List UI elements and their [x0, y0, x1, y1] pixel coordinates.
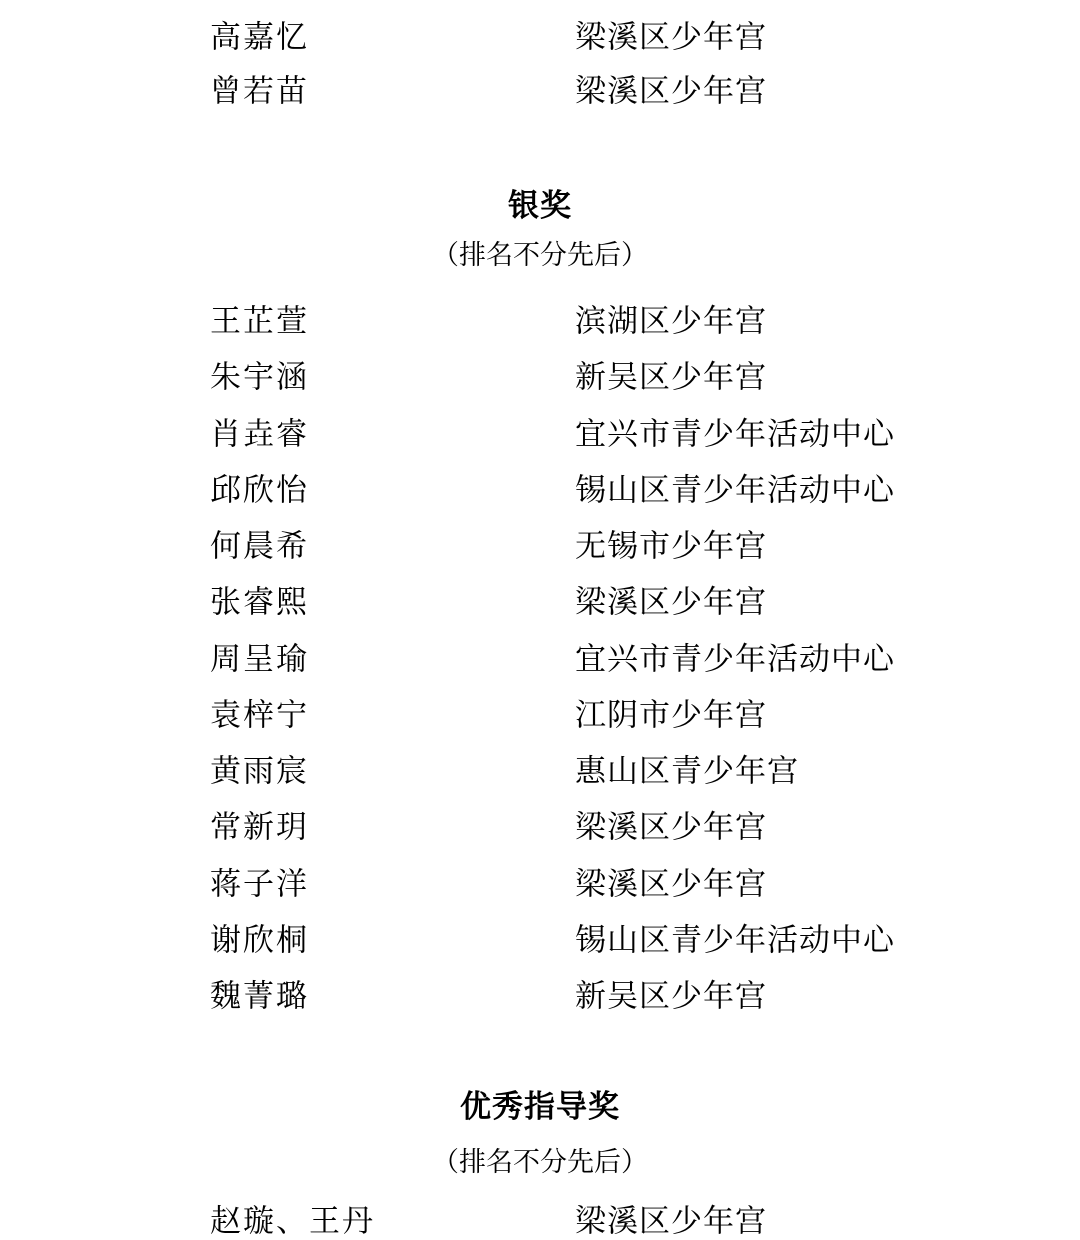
- awardee-org: 惠山区青少年宫: [575, 746, 799, 791]
- table-row: 魏菁璐 新吴区少年宫: [0, 965, 1080, 1021]
- awardee-name: 王芷萱: [210, 296, 309, 341]
- awardee-name: 常新玥: [210, 802, 309, 847]
- awardee-name: 邱欣怡: [210, 464, 309, 509]
- awardee-org: 梁溪区少年宫: [575, 11, 767, 56]
- table-row: 王芷萱 滨湖区少年宫: [0, 290, 1080, 346]
- awardee-org: 新吴区少年宫: [575, 971, 767, 1016]
- awardee-org: 滨湖区少年宫: [575, 296, 767, 341]
- table-row: 邱欣怡 锡山区青少年活动中心: [0, 459, 1080, 515]
- table-row: 周呈瑜 宜兴市青少年活动中心: [0, 628, 1080, 684]
- awardee-org: 宜兴市青少年活动中心: [575, 408, 895, 453]
- table-row: 何晨希 无锡市少年宫: [0, 515, 1080, 571]
- table-row: 曾若苗 梁溪区少年宫: [0, 60, 1080, 115]
- table-row: 谢欣桐 锡山区青少年活动中心: [0, 909, 1080, 965]
- section-heading-silver: 银奖: [0, 178, 1080, 233]
- awardee-org: 江阴市少年宫: [575, 689, 767, 734]
- awardee-org: 梁溪区少年宫: [575, 577, 767, 622]
- guidance-award-list: 赵璇、王丹 梁溪区少年宫: [0, 1190, 1080, 1240]
- awardee-name: 张睿熙: [210, 577, 309, 622]
- awardee-name: 蒋子洋: [210, 858, 309, 903]
- awardee-name: 曾若苗: [210, 65, 309, 110]
- document-page: 高嘉忆 梁溪区少年宫 曾若苗 梁溪区少年宫 银奖 （排名不分先后） 王芷萱 滨湖…: [0, 0, 1080, 1240]
- awardee-org: 梁溪区少年宫: [575, 65, 767, 110]
- table-row: 蒋子洋 梁溪区少年宫: [0, 853, 1080, 909]
- section-heading-guidance: 优秀指导奖: [0, 1079, 1080, 1134]
- awardee-org: 宜兴市青少年活动中心: [575, 633, 895, 678]
- awardee-name: 朱宇涵: [210, 352, 309, 397]
- awardee-name: 高嘉忆: [210, 11, 309, 56]
- awardee-name: 袁梓宁: [210, 689, 309, 734]
- awardee-org: 梁溪区少年宫: [575, 1196, 767, 1240]
- awardee-name: 何晨希: [210, 521, 309, 566]
- awardee-org: 锡山区青少年活动中心: [575, 464, 895, 509]
- awardee-name: 肖垚睿: [210, 408, 309, 453]
- awardee-name: 黄雨宸: [210, 746, 309, 791]
- awardee-org: 梁溪区少年宫: [575, 802, 767, 847]
- awardee-org: 锡山区青少年活动中心: [575, 914, 895, 959]
- table-row: 高嘉忆 梁溪区少年宫: [0, 6, 1080, 61]
- awardee-name: 周呈瑜: [210, 633, 309, 678]
- awardee-name: 谢欣桐: [210, 914, 309, 959]
- awardee-org: 新吴区少年宫: [575, 352, 767, 397]
- awardee-org: 无锡市少年宫: [575, 521, 767, 566]
- section-subtitle: （排名不分先后）: [0, 228, 1080, 283]
- table-row: 肖垚睿 宜兴市青少年活动中心: [0, 403, 1080, 459]
- table-row: 朱宇涵 新吴区少年宫: [0, 346, 1080, 402]
- table-row: 黄雨宸 惠山区青少年宫: [0, 740, 1080, 796]
- awardee-org: 梁溪区少年宫: [575, 858, 767, 903]
- table-row: 赵璇、王丹 梁溪区少年宫: [0, 1190, 1080, 1240]
- table-row: 张睿熙 梁溪区少年宫: [0, 571, 1080, 627]
- silver-award-list: 王芷萱 滨湖区少年宫 朱宇涵 新吴区少年宫 肖垚睿 宜兴市青少年活动中心 邱欣怡…: [0, 290, 1080, 1021]
- awardee-name: 魏菁璐: [210, 971, 309, 1016]
- table-row: 常新玥 梁溪区少年宫: [0, 796, 1080, 852]
- section-subtitle: （排名不分先后）: [0, 1135, 1080, 1190]
- table-row: 袁梓宁 江阴市少年宫: [0, 684, 1080, 740]
- awardee-name: 赵璇、王丹: [210, 1196, 375, 1240]
